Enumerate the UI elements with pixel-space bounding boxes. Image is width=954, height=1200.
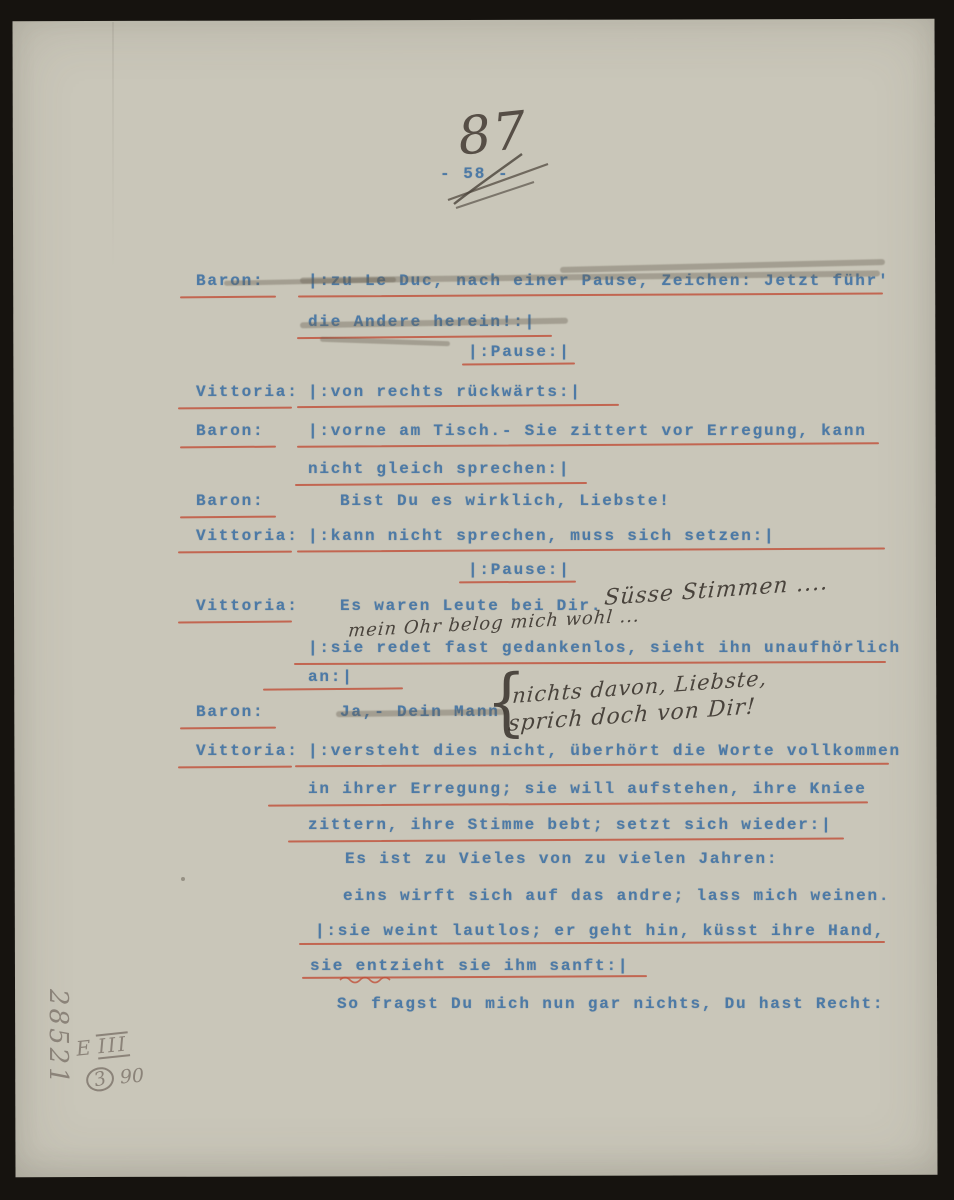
circled-number: 3 [84, 1064, 117, 1094]
insertion-brace: { [486, 660, 527, 745]
typed-line: |:von rechts rückwärts:| [308, 383, 582, 401]
typed-line: |:kann nicht sprechen, muss sich setzen:… [308, 527, 775, 545]
pencil-crossout-strokes [430, 148, 580, 218]
speaker-name: Baron: [196, 422, 264, 440]
typed-line: |:Pause:| [468, 561, 571, 579]
typed-line: |:sie redet fast gedankenlos, sieht ihn … [308, 639, 901, 657]
typed-line: |:sie weint lautlos; er geht hin, küsst … [315, 922, 885, 940]
typed-line: nicht gleich sprechen:| [308, 460, 570, 478]
typed-line: an:| [308, 668, 354, 686]
speaker-name: Baron: [196, 703, 264, 721]
speaker-name: Vittoria: [196, 383, 299, 401]
paper-crease [112, 22, 114, 272]
folio-letter: E [75, 1035, 92, 1060]
typed-line: Bist Du es wirklich, Liebste! [340, 492, 671, 510]
typed-line: |:vorne am Tisch.- Sie zittert vor Erreg… [308, 422, 867, 440]
speaker-name: Vittoria: [196, 742, 299, 760]
typed-line: |:Pause:| [468, 343, 571, 361]
typed-line: sie entzieht sie ihm sanft:| [310, 957, 629, 975]
typed-line: zittern, ihre Stimme bebt; setzt sich wi… [308, 816, 832, 834]
folio-roman-numeral: III [96, 1031, 130, 1059]
typed-line: Es ist zu Vieles von zu vielen Jahren: [345, 850, 778, 868]
number-after-circle: 90 [119, 1065, 145, 1089]
speaker-name: Vittoria: [196, 527, 299, 545]
speaker-name: Baron: [196, 492, 264, 510]
pencil-dot [181, 877, 185, 881]
red-squiggle [338, 974, 398, 984]
typed-line: eins wirft sich auf das andre; lass mich… [343, 887, 890, 905]
circled-number-mark: 390 [85, 1064, 145, 1093]
archive-number-vertical: 28521 [43, 989, 73, 1065]
typed-line: in ihrer Erregung; sie will aufstehen, i… [308, 780, 867, 798]
typed-line: |:versteht dies nicht, überhört die Wort… [308, 742, 901, 760]
speaker-name: Vittoria: [196, 597, 299, 615]
typed-line: So fragst Du mich nun gar nichts, Du has… [337, 995, 884, 1013]
manuscript-scan: 87 - 58 - Baron:|:zu Le Duc, nach einer … [0, 0, 954, 1200]
